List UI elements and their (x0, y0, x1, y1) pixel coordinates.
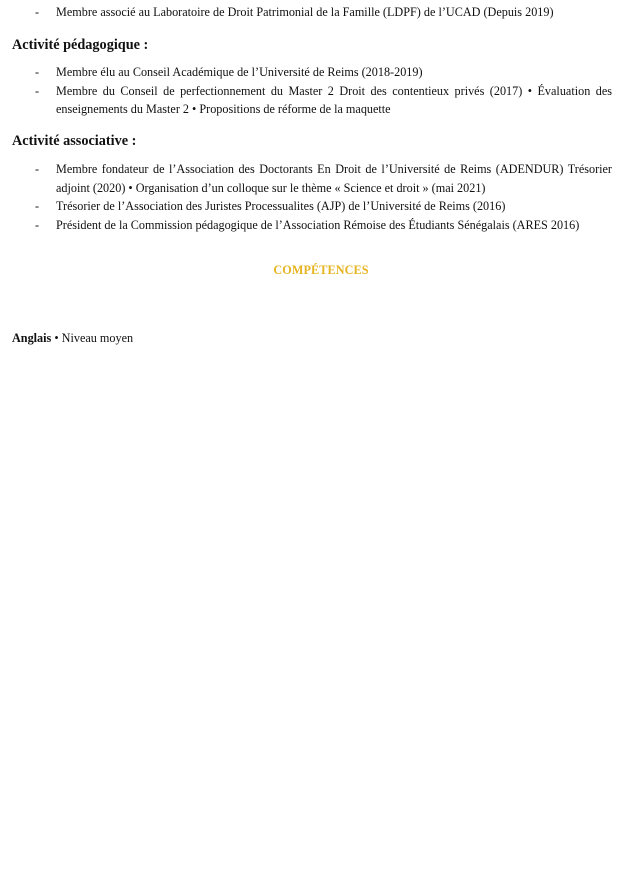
language-name: Anglais (12, 331, 51, 345)
dash-bullet-icon: - (35, 82, 39, 101)
language-level: Niveau moyen (62, 331, 133, 345)
dash-bullet-icon: - (35, 160, 39, 179)
list-item-text: Membre élu au Conseil Académique de l’Un… (56, 65, 423, 79)
list-item-text: Trésorier de l’Association des Juristes … (56, 199, 505, 213)
list-item: - Membre du Conseil de perfectionnement … (0, 82, 642, 119)
list-item-text: Membre du Conseil de perfectionnement du… (56, 84, 612, 117)
competences-heading: COMPÉTENCES (0, 263, 642, 278)
list-item-text: Membre fondateur de l’Association des Do… (56, 162, 612, 195)
dash-bullet-icon: - (35, 3, 39, 22)
list-item: - Membre associé au Laboratoire de Droit… (0, 3, 642, 22)
dash-bullet-icon: - (35, 63, 39, 82)
language-separator: • (51, 331, 61, 345)
dash-bullet-icon: - (35, 216, 39, 235)
list-item: - Membre élu au Conseil Académique de l’… (0, 63, 642, 82)
pedagogique-list: - Membre élu au Conseil Académique de l’… (0, 63, 642, 119)
section-title-pedagogique: Activité pédagogique : (0, 36, 148, 54)
language-skill: Anglais • Niveau moyen (12, 329, 133, 347)
associative-list: - Membre fondateur de l’Association des … (0, 160, 642, 234)
list-item: - Président de la Commission pédagogique… (0, 216, 642, 235)
section-title-associative: Activité associative : (0, 132, 136, 150)
list-item: - Trésorier de l’Association des Juriste… (0, 197, 642, 216)
affiliation-list: - Membre associé au Laboratoire de Droit… (0, 3, 642, 22)
list-item-text: Membre associé au Laboratoire de Droit P… (56, 5, 554, 19)
list-item: - Membre fondateur de l’Association des … (0, 160, 642, 197)
dash-bullet-icon: - (35, 197, 39, 216)
list-item-text: Président de la Commission pédagogique d… (56, 218, 579, 232)
document-page: - Membre associé au Laboratoire de Droit… (0, 0, 642, 887)
